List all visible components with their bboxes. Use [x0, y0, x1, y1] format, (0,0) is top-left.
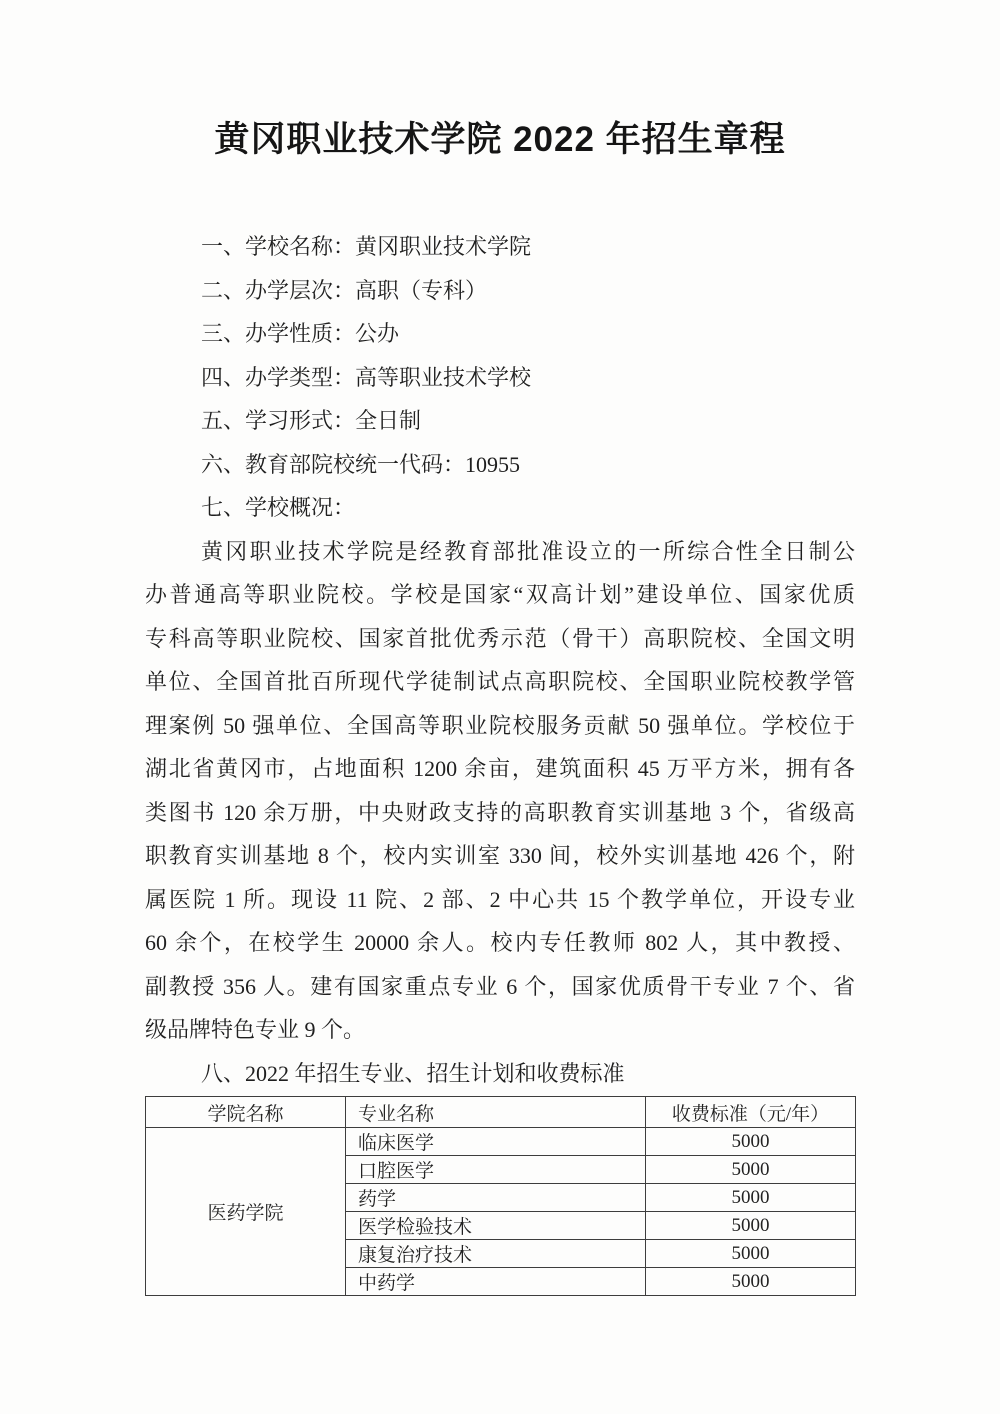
overview-paragraph-line: 职教育实训基地 8 个，校内实训室 330 间，校外实训基地 426 个，附 — [145, 834, 855, 878]
overview-paragraph-line: 60 余个，在校学生 20000 余人。校内专任教师 802 人，其中教授、 — [145, 921, 855, 965]
section8-heading: 八、2022 年招生专业、招生计划和收费标准 — [145, 1052, 855, 1096]
overview-paragraph-line: 黄冈职业技术学院是经教育部批准设立的一所综合性全日制公 — [145, 530, 855, 574]
table-row: 医药学院 临床医学 5000 — [146, 1128, 856, 1156]
table-cell-fee: 5000 — [646, 1212, 856, 1240]
overview-paragraph-line: 办普通高等职业院校。学校是国家“双高计划”建设单位、国家优质 — [145, 573, 855, 617]
table-cell-fee: 5000 — [646, 1240, 856, 1268]
info-item-education-level: 二、办学层次：高职（专科） — [145, 269, 855, 313]
overview-paragraph-line: 专科高等职业院校、国家首批优秀示范（骨干）高职院校、全国文明 — [145, 617, 855, 661]
table-cell-major: 药学 — [346, 1184, 646, 1212]
table-cell-fee: 5000 — [646, 1184, 856, 1212]
overview-paragraph-line: 类图书 120 余万册，中央财政支持的高职教育实训基地 3 个，省级高 — [145, 791, 855, 835]
overview-paragraph-line: 湖北省黄冈市，占地面积 1200 余亩，建筑面积 45 万平方米，拥有各 — [145, 747, 855, 791]
page-title: 黄冈职业技术学院 2022 年招生章程 — [0, 118, 1000, 162]
info-item-school-code: 六、教育部院校统一代码：10955 — [145, 443, 855, 487]
table-cell-college: 医药学院 — [146, 1128, 346, 1296]
overview-paragraph-line: 理案例 50 强单位、全国高等职业院校服务贡献 50 强单位。学校位于 — [145, 704, 855, 748]
document-page: 黄冈职业技术学院 2022 年招生章程 一、学校名称：黄冈职业技术学院 二、办学… — [0, 0, 1000, 1414]
table-header-fee: 收费标准（元/年） — [646, 1097, 856, 1128]
info-item-school-name: 一、学校名称：黄冈职业技术学院 — [145, 225, 855, 269]
overview-paragraph-line: 副教授 356 人。建有国家重点专业 6 个，国家优质骨干专业 7 个、省 — [145, 965, 855, 1009]
info-item-overview-heading: 七、学校概况： — [145, 486, 855, 530]
table-cell-major: 临床医学 — [346, 1128, 646, 1156]
table-header-college: 学院名称 — [146, 1097, 346, 1128]
overview-paragraph-line: 属医院 1 所。现设 11 院、2 部、2 中心共 15 个教学单位，开设专业 — [145, 878, 855, 922]
document-body: 一、学校名称：黄冈职业技术学院 二、办学层次：高职（专科） 三、办学性质：公办 … — [145, 225, 855, 1095]
table-cell-fee: 5000 — [646, 1156, 856, 1184]
table-cell-major: 医学检验技术 — [346, 1212, 646, 1240]
info-item-school-type: 四、办学类型：高等职业技术学校 — [145, 356, 855, 400]
admissions-fee-table: 学院名称 专业名称 收费标准（元/年） 医药学院 临床医学 5000 口腔医学 … — [145, 1096, 856, 1296]
table-header-row: 学院名称 专业名称 收费标准（元/年） — [146, 1097, 856, 1128]
table-header-major: 专业名称 — [346, 1097, 646, 1128]
table-cell-fee: 5000 — [646, 1268, 856, 1296]
overview-paragraph-line: 级品牌特色专业 9 个。 — [145, 1008, 855, 1052]
info-item-school-nature: 三、办学性质：公办 — [145, 312, 855, 356]
info-item-study-form: 五、学习形式：全日制 — [145, 399, 855, 443]
table-cell-major: 中药学 — [346, 1268, 646, 1296]
table-cell-fee: 5000 — [646, 1128, 856, 1156]
table-cell-major: 口腔医学 — [346, 1156, 646, 1184]
table-cell-major: 康复治疗技术 — [346, 1240, 646, 1268]
overview-paragraph-line: 单位、全国首批百所现代学徒制试点高职院校、全国职业院校教学管 — [145, 660, 855, 704]
